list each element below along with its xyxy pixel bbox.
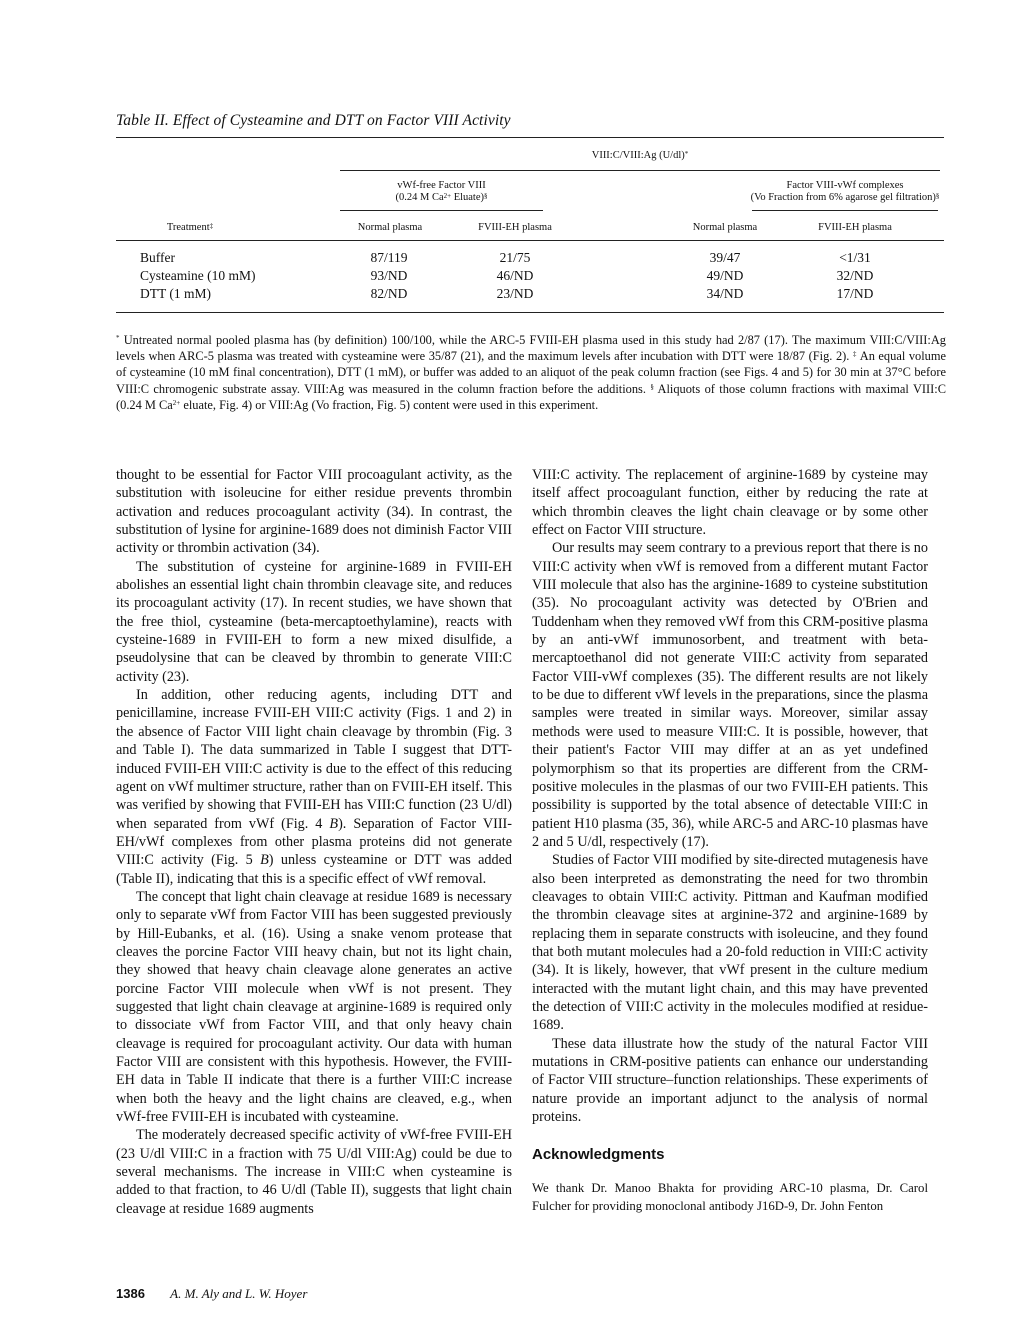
paragraph: The moderately decreased specific activi…: [116, 1126, 512, 1218]
group-rule-left: [340, 210, 543, 211]
running-authors: A. M. Aly and L. W. Hoyer: [170, 1286, 307, 1301]
superscript: 2+: [444, 192, 451, 200]
treatment-label: Treatment: [167, 222, 210, 233]
cell-value: 23/ND: [476, 285, 554, 303]
group1-line1: vWf-free Factor VIII: [340, 180, 543, 192]
superscript: 2+: [173, 399, 180, 407]
col-header-fviii-eh-1: FVIII-EH plasma: [460, 222, 570, 234]
cell-value: 82/ND: [350, 285, 428, 303]
col-header-normal-2: Normal plasma: [670, 222, 780, 234]
paragraph: Our results may seem contrary to a previ…: [532, 539, 928, 851]
group1-header: vWf-free Factor VIII (0.24 M Ca2+ Eluate…: [340, 180, 543, 204]
col-header-normal-1: Normal plasma: [335, 222, 445, 234]
spanner-text: VIII:C/VIII:Ag (U/dl): [592, 150, 685, 161]
group2-line2-text: (Vo Fraction from 6% agarose gel filtrat…: [751, 192, 936, 203]
cell-value: 49/ND: [686, 267, 764, 285]
table-bottom-rule: [116, 312, 944, 313]
paragraph: These data illustrate how the study of t…: [532, 1035, 928, 1127]
footnote-star: Untreated normal pooled plasma has (by d…: [116, 333, 946, 363]
group2-line1: Factor VIII-vWf complexes: [720, 180, 970, 192]
paragraph: VIII:C activity. The replacement of argi…: [532, 466, 928, 539]
left-column: thought to be essential for Factor VIII …: [116, 466, 512, 1218]
text-run-italic: B: [329, 816, 338, 832]
text-run: In addition, other reducing agents, incl…: [116, 687, 512, 831]
table-title: Table II. Effect of Cysteamine and DTT o…: [116, 112, 511, 130]
page-footer: 1386 A. M. Aly and L. W. Hoyer: [116, 1286, 307, 1302]
cell-value: 17/ND: [816, 285, 894, 303]
cell-value: 32/ND: [816, 267, 894, 285]
table-footnotes: * Untreated normal pooled plasma has (by…: [116, 332, 946, 413]
paragraph: The concept that light chain cleavage at…: [116, 888, 512, 1126]
footnote-mark: §: [936, 192, 940, 200]
footnote-section-end: eluate, Fig. 4) or VIII:Ag (Vo fraction,…: [180, 398, 598, 412]
page-number: 1386: [116, 1286, 145, 1301]
cell-value: 34/ND: [686, 285, 764, 303]
cell-value: 93/ND: [350, 267, 428, 285]
cell-value: 87/119: [350, 249, 428, 267]
paragraph: The substitution of cysteine for arginin…: [116, 558, 512, 686]
row-treatment: DTT (1 mM): [140, 285, 211, 303]
group1-line2-end: Eluate): [451, 192, 484, 203]
group2-line2: (Vo Fraction from 6% agarose gel filtrat…: [720, 192, 970, 204]
cell-value: 21/75: [476, 249, 554, 267]
group1-line2-text: (0.24 M Ca: [395, 192, 443, 203]
cell-value: 39/47: [686, 249, 764, 267]
spanner-rule: [340, 170, 940, 171]
treatment-header: Treatment‡: [120, 222, 260, 234]
col-header-fviii-eh-2: FVIII-EH plasma: [800, 222, 910, 234]
footnote-mark: ‡: [853, 350, 857, 358]
spanner-header: VIII:C/VIII:Ag (U/dl)*: [540, 150, 740, 162]
table-top-rule: [116, 137, 944, 138]
paragraph: Studies of Factor VIII modified by site-…: [532, 851, 928, 1034]
footnote-mark: §: [650, 383, 654, 391]
text-run-italic: B: [260, 852, 269, 868]
footnote-mark: ‡: [210, 222, 214, 230]
group-rule-right: [752, 210, 938, 211]
footnote-mark: *: [685, 150, 689, 158]
group2-header: Factor VIII-vWf complexes (Vo Fraction f…: [720, 180, 970, 204]
footnote-mark: §: [484, 192, 488, 200]
right-column: VIII:C activity. The replacement of argi…: [532, 466, 928, 1215]
paragraph: In addition, other reducing agents, incl…: [116, 686, 512, 888]
col-header-rule: [116, 240, 944, 241]
cell-value: 46/ND: [476, 267, 554, 285]
acknowledgments-text: We thank Dr. Manoo Bhakta for providing …: [532, 1179, 928, 1215]
cell-value: <1/31: [816, 249, 894, 267]
paragraph: thought to be essential for Factor VIII …: [116, 466, 512, 558]
row-treatment: Buffer: [140, 249, 175, 267]
group1-line2: (0.24 M Ca2+ Eluate)§: [340, 192, 543, 204]
row-treatment: Cysteamine (10 mM): [140, 267, 255, 285]
footnote-mark: *: [116, 334, 120, 342]
acknowledgments-heading: Acknowledgments: [532, 1146, 928, 1164]
